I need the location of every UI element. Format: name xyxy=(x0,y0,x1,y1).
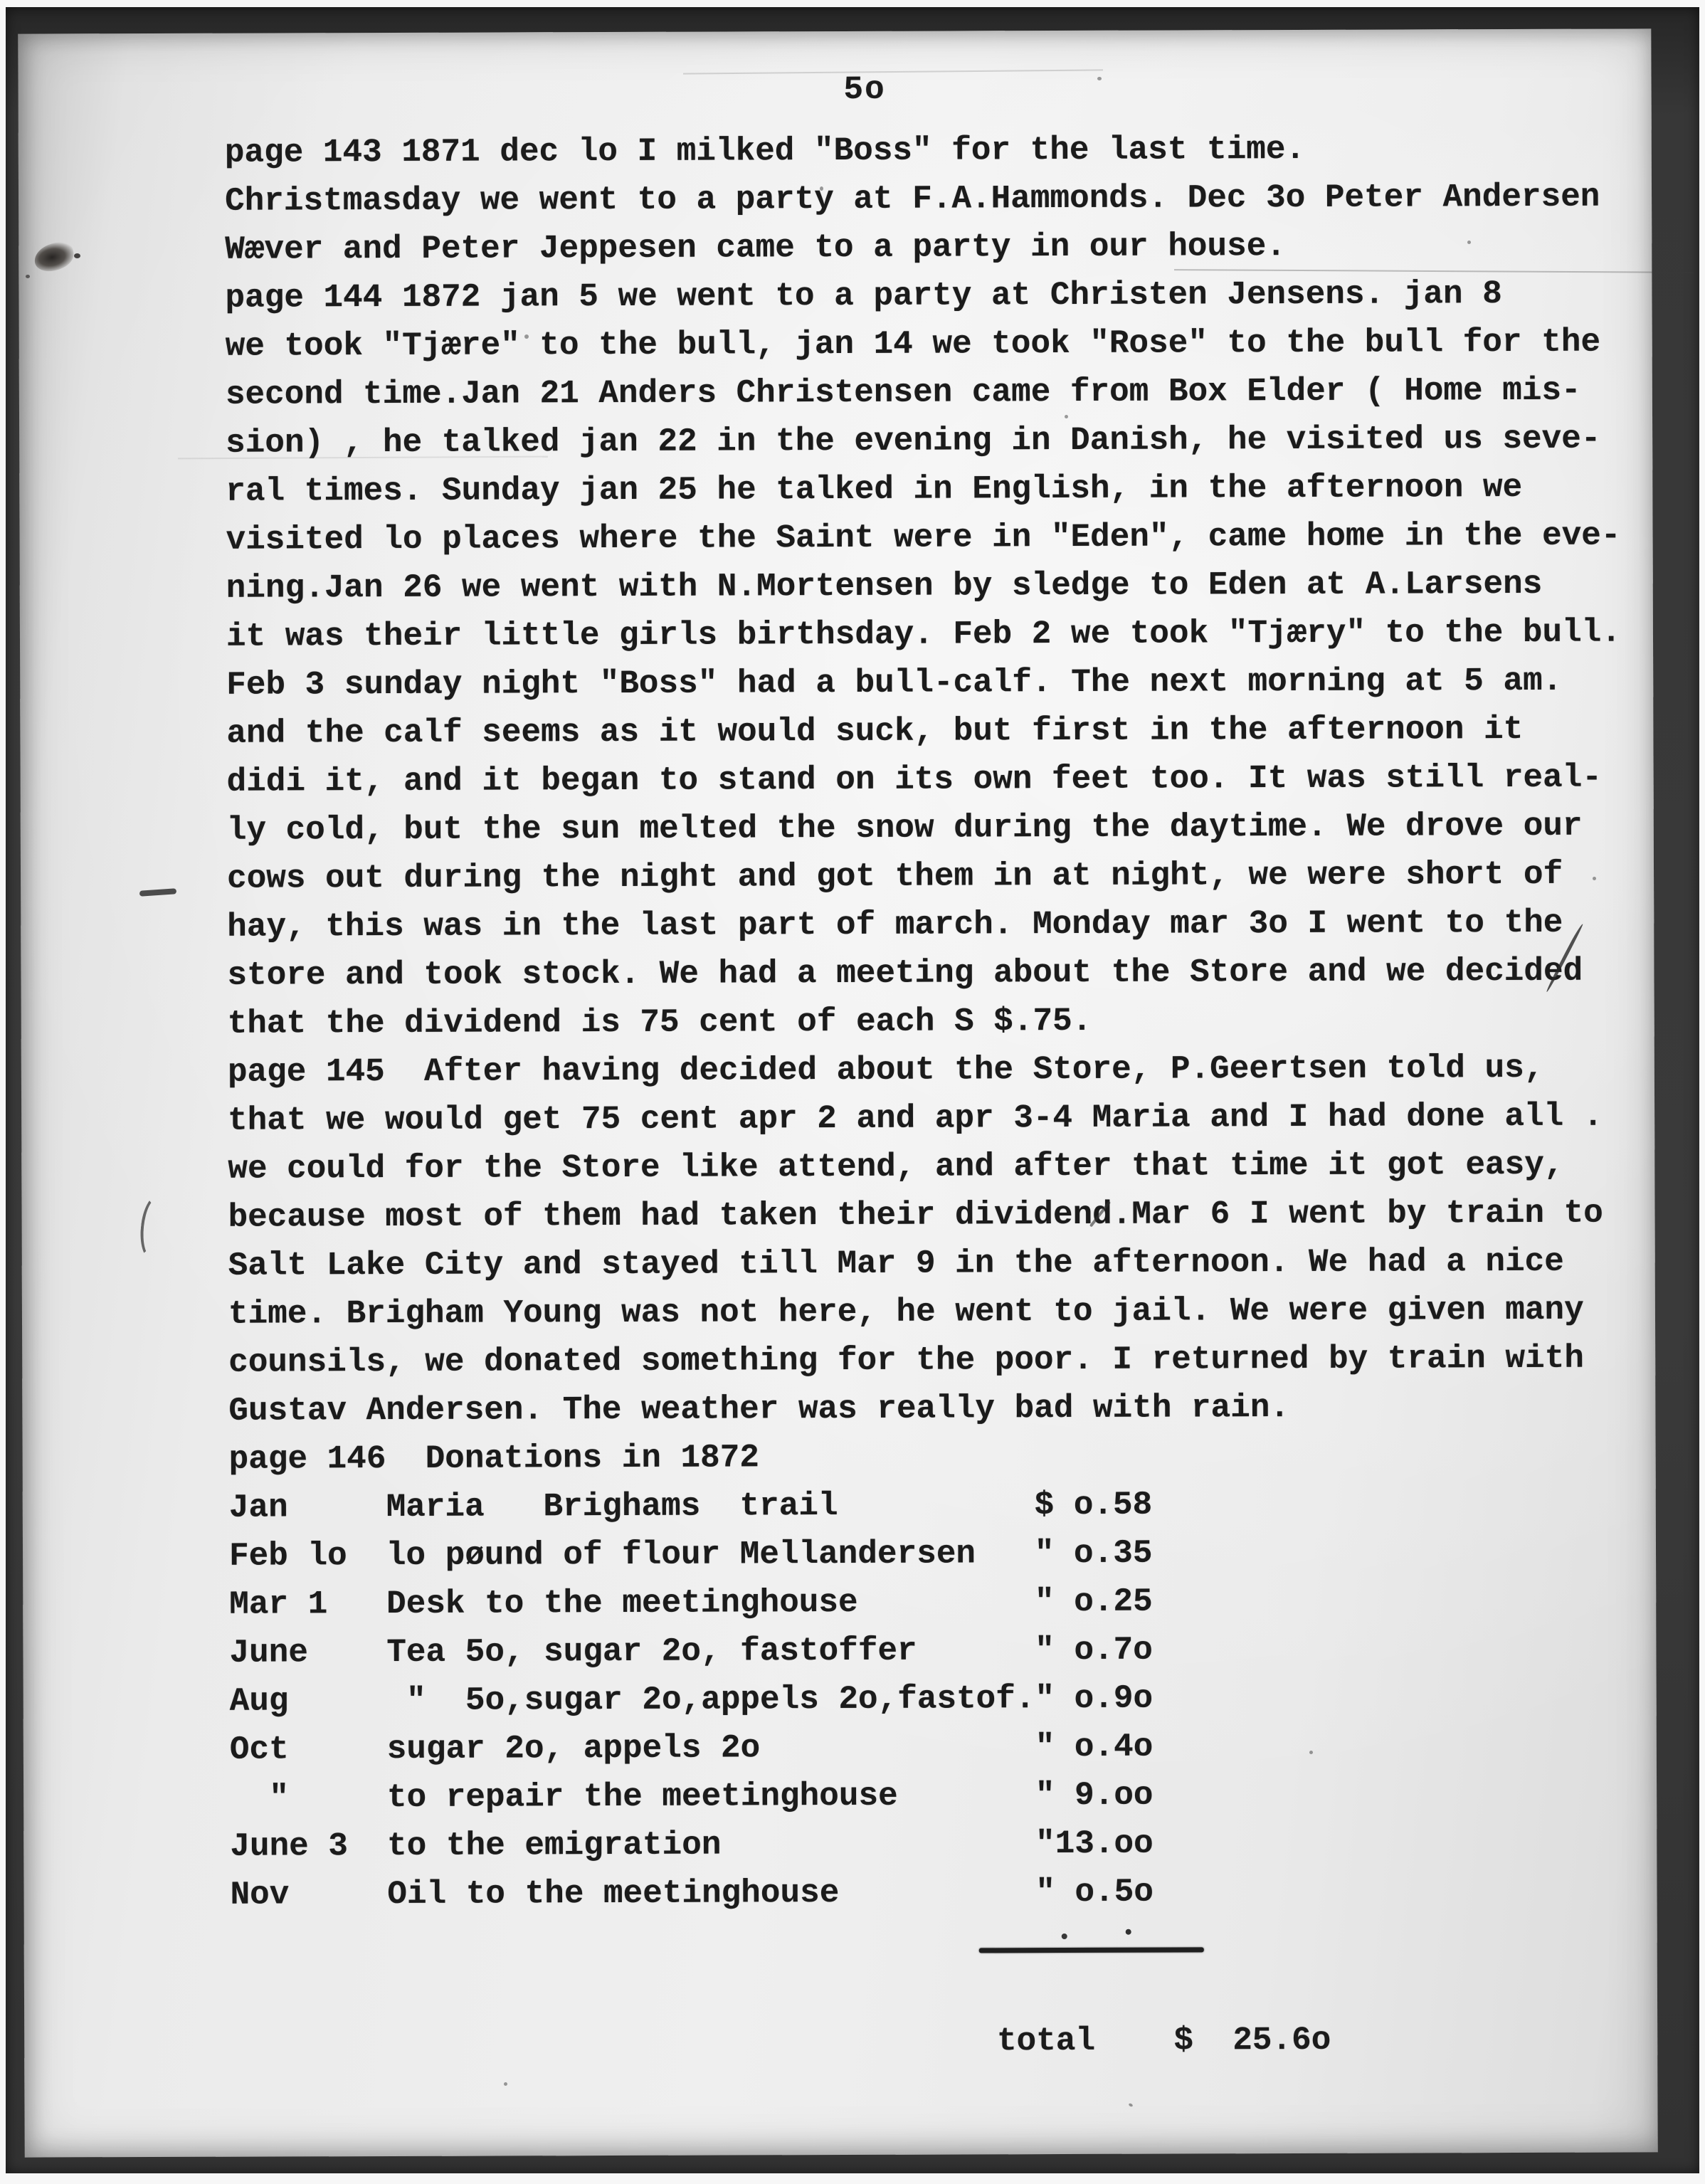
scanned-page: 5o page 143 1871 dec lo I milked "Boss" … xyxy=(0,0,1705,2184)
table-row: Octsugar 2o, appels 2o" o.4o xyxy=(230,1721,1667,1773)
text-line: time. Brigham Young was not here, he wen… xyxy=(228,1285,1666,1338)
donation-amount: "13.oo xyxy=(1035,1825,1154,1863)
total-rule xyxy=(979,1947,1204,1953)
donation-desc: Oil to the meetinghouse xyxy=(387,1868,1035,1919)
table-row: Mar 1Desk to the meetinghouse" o.25 xyxy=(229,1576,1667,1628)
donation-date: " xyxy=(230,1773,387,1822)
donation-date: Jan xyxy=(229,1483,386,1532)
stray-dots xyxy=(1062,1934,1067,1939)
text-line: page 145 After having decided about the … xyxy=(228,1043,1665,1096)
text-line: sion) , he talked jan 22 in the evening … xyxy=(226,414,1663,467)
text-line: Wæver and Peter Jeppesen came to a party… xyxy=(225,221,1662,273)
text-line: cows out during the night and got them i… xyxy=(227,850,1664,902)
donation-amount: " o.7o xyxy=(1035,1632,1153,1669)
donation-amount: " o.35 xyxy=(1035,1535,1153,1573)
table-row: June 3to the emigration"13.oo xyxy=(230,1818,1667,1870)
text-line: hay, this was in the last part of march.… xyxy=(227,898,1664,951)
text-line: Salt Lake City and stayed till Mar 9 in … xyxy=(228,1237,1666,1289)
table-row: Feb lolo pøund of flour Mellandersen" o.… xyxy=(229,1527,1667,1580)
text-line: we could for the Store like attend, and … xyxy=(228,1140,1665,1193)
total-row: total$ 25.6o xyxy=(231,1966,1668,2019)
text-line: didi it, and it began to stand on its ow… xyxy=(227,753,1664,806)
page-number: 5o xyxy=(18,63,1651,116)
text-line: page 144 1872 jan 5 we went to a party a… xyxy=(225,269,1662,322)
text-line: because most of them had taken their div… xyxy=(228,1188,1665,1241)
donation-amount: " o.25 xyxy=(1035,1583,1153,1621)
total-amount: $ 25.6o xyxy=(1173,2022,1331,2059)
text-line: visited lo places where the Saint were i… xyxy=(226,511,1663,564)
donation-desc: to the emigration xyxy=(387,1820,1035,1870)
table-row: "to repair the meetinghouse" 9.oo xyxy=(230,1769,1667,1822)
table-row: Aug " 5o,sugar 2o,appels 2o,fastof." o.9… xyxy=(230,1672,1667,1725)
donation-desc: Tea 5o, sugar 2o, fastoffer xyxy=(386,1626,1035,1677)
total-label: total xyxy=(997,2022,1095,2059)
donation-date: June xyxy=(229,1628,386,1677)
donation-desc: Maria Brighams trail xyxy=(386,1481,1035,1531)
donations-heading: page 146 Donations in 1872 xyxy=(229,1430,1667,1483)
text-line: ral times. Sunday jan 25 he talked in En… xyxy=(226,463,1663,515)
donation-date: Feb lo xyxy=(229,1531,386,1581)
text-line: it was their little girls birthsday. Feb… xyxy=(226,608,1664,660)
text-line: ly cold, but the sun melted the snow dur… xyxy=(227,801,1664,854)
donation-amount: " o.5o xyxy=(1035,1874,1154,1911)
text-line: Christmasday we went to a party at F.A.H… xyxy=(225,172,1662,225)
paper-sheet: 5o page 143 1871 dec lo I milked "Boss" … xyxy=(18,28,1657,2157)
donation-date: Mar 1 xyxy=(229,1580,386,1629)
donation-desc: to repair the meetinghouse xyxy=(387,1771,1035,1822)
text-line: that the dividend is 75 cent of each S $… xyxy=(228,995,1665,1048)
text-line: second time.Jan 21 Anders Christensen ca… xyxy=(226,366,1663,418)
donation-amount: " o.4o xyxy=(1035,1729,1154,1766)
text-line: page 143 1871 dec lo I milked "Boss" for… xyxy=(225,124,1662,176)
text-line: counsils, we donated something for the p… xyxy=(228,1334,1666,1386)
donations-table: JanMaria Brighams trail$ o.58 Feb lolo p… xyxy=(229,1479,1668,1919)
document-body: page 143 1871 dec lo I milked "Boss" for… xyxy=(225,124,1668,2019)
text-line: that we would get 75 cent apr 2 and apr … xyxy=(228,1092,1665,1144)
donation-desc: Desk to the meetinghouse xyxy=(386,1578,1035,1628)
text-line: and the calf seems as it would suck, but… xyxy=(226,705,1664,757)
table-row: JuneTea 5o, sugar 2o, fastoffer" o.7o xyxy=(229,1624,1667,1677)
donation-desc: " 5o,sugar 2o,appels 2o,fastof. xyxy=(386,1674,1035,1725)
text-line: Feb 3 sunday night "Boss" had a bull-cal… xyxy=(226,656,1664,709)
donation-date: Aug xyxy=(230,1677,387,1726)
donation-amount: " o.9o xyxy=(1035,1680,1153,1718)
donation-date: June 3 xyxy=(230,1822,387,1871)
donation-amount: " 9.oo xyxy=(1035,1777,1154,1815)
donation-date: Nov xyxy=(230,1870,387,1919)
donation-desc: lo pøund of flour Mellandersen xyxy=(386,1529,1035,1580)
donation-desc: sugar 2o, appels 2o xyxy=(387,1723,1035,1773)
donation-amount: $ o.58 xyxy=(1035,1487,1153,1524)
text-line: Gustav Andersen. The weather was really … xyxy=(228,1382,1666,1435)
table-row: NovOil to the meetinghouse" o.5o xyxy=(230,1866,1667,1919)
text-line: store and took stock. We had a meeting a… xyxy=(227,946,1664,999)
text-line: we took "Tjære" to the bull, jan 14 we t… xyxy=(226,317,1663,370)
text-line: ning.Jan 26 we went with N.Mortensen by … xyxy=(226,559,1664,612)
table-row: JanMaria Brighams trail$ o.58 xyxy=(229,1479,1667,1531)
donation-date: Oct xyxy=(230,1725,387,1774)
